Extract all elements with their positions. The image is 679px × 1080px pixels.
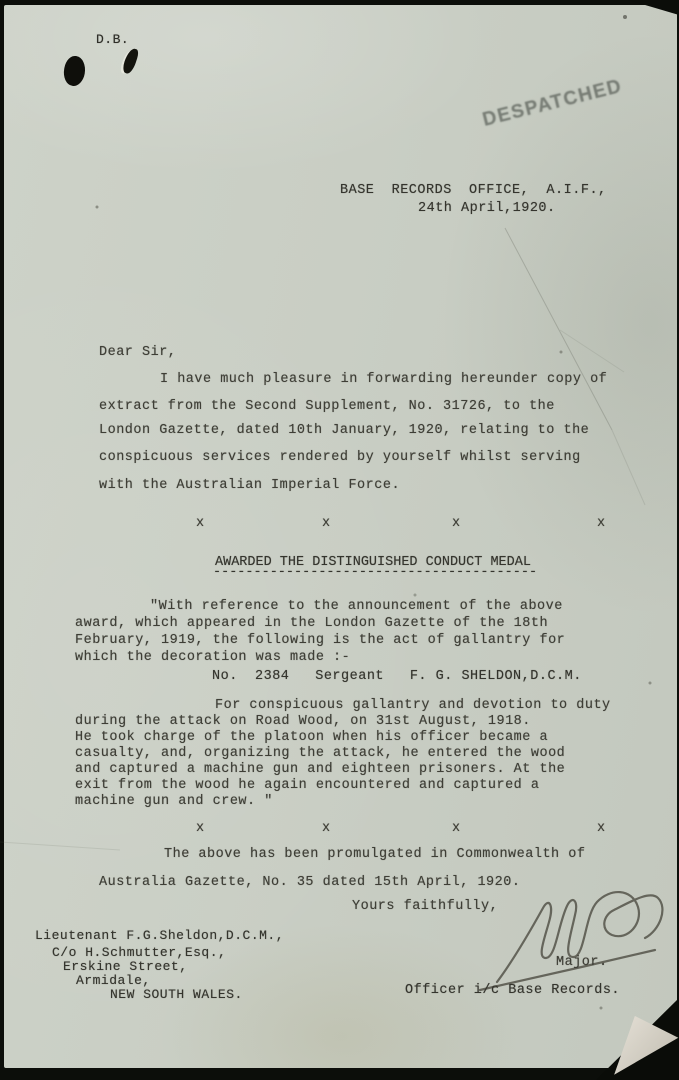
salutation: Dear Sir, bbox=[99, 346, 176, 360]
citation-line: exit from the wood he again encountered … bbox=[75, 779, 539, 793]
body-line: I have much pleasure in forwarding hereu… bbox=[160, 373, 607, 387]
body-line: conspicuous services rendered by yoursel… bbox=[99, 451, 581, 465]
citation-line: casualty, and, organizing the attack, he… bbox=[75, 747, 565, 761]
citation-line: and captured a machine gun and eighteen … bbox=[75, 763, 565, 777]
paper-specks bbox=[0, 0, 2, 2]
signature-title: Officer i/c Base Records. bbox=[405, 984, 620, 998]
promulgation-line: The above has been promulgated in Common… bbox=[164, 848, 585, 862]
body-line: extract from the Second Supplement, No. … bbox=[99, 400, 555, 414]
separator-x: x bbox=[322, 822, 331, 836]
separator-x: x bbox=[196, 822, 205, 836]
body-line: London Gazette, dated 10th January, 1920… bbox=[99, 424, 589, 438]
gazette-note-line: "With reference to the announcement of t… bbox=[150, 600, 563, 614]
signature-rank: Major. bbox=[556, 956, 608, 970]
body-line: with the Australian Imperial Force. bbox=[99, 479, 400, 493]
separator-x: x bbox=[597, 822, 606, 836]
gazette-note-line: award, which appeared in the London Gaze… bbox=[75, 617, 548, 631]
separator-x: x bbox=[196, 517, 205, 531]
corner-initials: D.B. bbox=[96, 33, 129, 47]
recipient-line: NEW SOUTH WALES. bbox=[110, 988, 243, 1002]
scanned-letter-page: D.B. DESPATCHED BASE RECORDS OFFICE, A.I… bbox=[0, 0, 679, 1080]
recipient-line: Erskine Street, bbox=[63, 960, 188, 974]
closing-phrase: Yours faithfully, bbox=[352, 900, 498, 914]
gazette-note-line: which the decoration was made :- bbox=[75, 651, 350, 665]
citation-line: For conspicuous gallantry and devotion t… bbox=[215, 699, 611, 713]
separator-x: x bbox=[452, 517, 461, 531]
citation-line: He took charge of the platoon when his o… bbox=[75, 731, 548, 745]
letterhead-office: BASE RECORDS OFFICE, A.I.F., bbox=[340, 184, 607, 198]
recipient-line: C/o H.Schmutter,Esq., bbox=[52, 946, 226, 960]
promulgation-line: Australia Gazette, No. 35 dated 15th Apr… bbox=[99, 876, 520, 890]
gazette-note-line: February, 1919, the following is the act… bbox=[75, 634, 565, 648]
citation-line: during the attack on Road Wood, on 31st … bbox=[75, 715, 531, 729]
recipient-line: Armidale, bbox=[76, 974, 151, 988]
service-number-line: No. 2384 Sergeant F. G. SHELDON,D.C.M. bbox=[212, 670, 582, 684]
letterhead-date: 24th April,1920. bbox=[418, 202, 556, 216]
award-heading-underline: ---------------------------------------- bbox=[213, 566, 537, 580]
recipient-line: Lieutenant F.G.Sheldon,D.C.M., bbox=[35, 929, 284, 943]
separator-x: x bbox=[322, 517, 331, 531]
separator-x: x bbox=[452, 822, 461, 836]
citation-line: machine gun and crew. " bbox=[75, 795, 273, 809]
separator-x: x bbox=[597, 517, 606, 531]
paper-sheet bbox=[4, 5, 677, 1068]
